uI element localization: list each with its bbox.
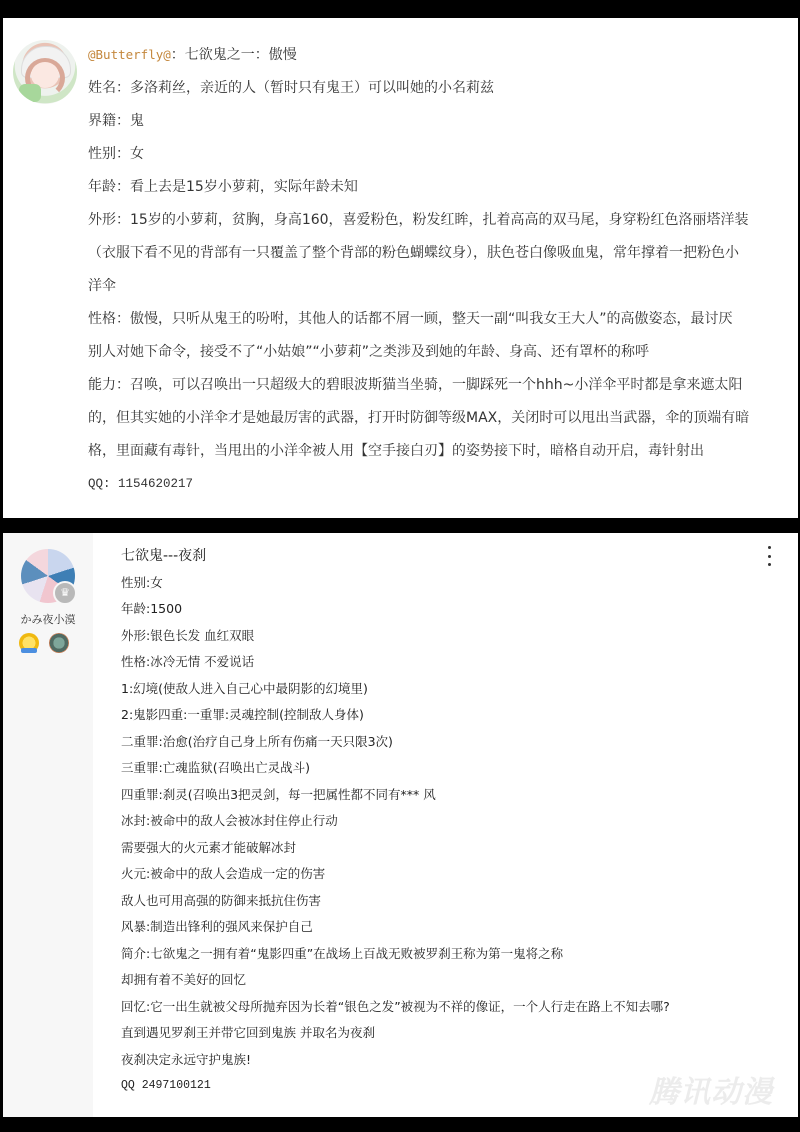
field-memory-cont: 直到遇见罗刹王并带它回到鬼族 并取名为夜刹: [121, 1020, 781, 1047]
field-intro-cont: 却拥有着不美好的回忆: [121, 967, 781, 994]
separator: ：: [171, 47, 185, 63]
field-memory: 回忆:它一出生就被父母所抛弃因为长着“银色之发”被视为不祥的像证，一个人行走在路…: [121, 994, 781, 1021]
field-gender: 性别:女: [121, 570, 781, 597]
field-age: 年龄：看上去是15岁小萝莉，实际年龄未知: [88, 171, 788, 204]
skill-line: 四重罪:刹灵(召唤出3把灵剑，每一把属性都不同有*** 风: [121, 782, 781, 809]
field-ability-cont: 格，里面藏有毒针，当甩出的小洋伞被人用【空手接白刃】的姿势接下时，暗格自动开启，…: [88, 435, 788, 468]
field-personality: 性格：傲慢，只听从鬼王的吩咐，其他人的话都不屑一顾，整天一副“叫我女王大人”的高…: [88, 303, 788, 336]
watermark-logo: 腾讯动漫: [649, 1067, 773, 1111]
field-appearance-cont: 洋伞: [88, 270, 788, 303]
gold-medal-badge-icon[interactable]: [19, 633, 39, 653]
field-ability: 能力：召唤，可以召唤出一只超级大的碧眼波斯猫当坐骑，一脚踩死一个hhh~小洋伞平…: [88, 369, 788, 402]
crown-icon: ♛: [53, 581, 77, 605]
field-ability-cont: 的，但其实她的小洋伞才是她最厉害的武器，打开时防御等级MAX，关闭时可以甩出当武…: [88, 402, 788, 435]
field-name: 姓名：多洛莉丝，亲近的人（暂时只有鬼王）可以叫她的小名莉兹: [88, 72, 788, 105]
comment-title: 七欲鬼---夜刹: [121, 543, 781, 570]
field-personality: 性格:冰冷无情 不爱说话: [121, 649, 781, 676]
author-sidebar: ♛ かみ夜小漠: [3, 533, 93, 1117]
field-appearance: 外形：15岁的小萝莉，贫胸，身高160，喜爱粉色，粉发红眸，扎着高高的双马尾，身…: [88, 204, 788, 237]
field-gender: 性别：女: [88, 138, 788, 171]
field-appearance: 外形:银色长发 血红双眼: [121, 623, 781, 650]
skill-line: 二重罪:治愈(治疗自己身上所有伤痛一天只限3次): [121, 729, 781, 756]
skill-line: 敌人也可用高强的防御来抵抗住伤害: [121, 888, 781, 915]
skill-line: 需要强大的火元素才能破解冰封: [121, 835, 781, 862]
field-intro: 简介:七欲鬼之一拥有着“鬼影四重”在战场上百战无败被罗刹王称为第一鬼将之称: [121, 941, 781, 968]
comment-header: @Butterfly@：七欲鬼之一：傲慢: [88, 38, 788, 72]
field-age: 年龄:1500: [121, 596, 781, 623]
skill-line: 1:幻境(使敌人进入自己心中最阴影的幻境里): [121, 676, 781, 703]
username-link[interactable]: @Butterfly@: [88, 47, 171, 62]
avatar-sleeve-shape: [19, 84, 41, 102]
skill-line: 2:鬼影四重:一重罪:灵魂控制(控制敌人身体): [121, 702, 781, 729]
comment-body: @Butterfly@：七欲鬼之一：傲慢 姓名：多洛莉丝，亲近的人（暂时只有鬼王…: [88, 38, 788, 501]
comment-card-1: @Butterfly@：七欲鬼之一：傲慢 姓名：多洛莉丝，亲近的人（暂时只有鬼王…: [3, 18, 798, 518]
comment-body: 七欲鬼---夜刹 性别:女 年龄:1500 外形:银色长发 血红双眼 性格:冰冷…: [121, 543, 781, 1100]
qq-number: QQ: 1154620217: [88, 468, 788, 501]
comment-card-2: ♛ かみ夜小漠 七欲鬼---夜刹 性别:女 年龄:1500 外形:银色长发 血红…: [3, 533, 798, 1117]
field-realm: 界籍：鬼: [88, 105, 788, 138]
avatar[interactable]: ♛: [21, 549, 75, 603]
field-appearance-cont: （衣服下看不见的背部有一只覆盖了整个背部的粉色蝴蝶纹身），肤色苍白像吸血鬼，常年…: [88, 237, 788, 270]
field-personality-cont: 别人对她下命令，接受不了“小姑娘”“小萝莉”之类涉及到她的年龄、身高、还有罩杯的…: [88, 336, 788, 369]
level-badge-icon[interactable]: [49, 633, 69, 653]
username-link[interactable]: かみ夜小漠: [3, 611, 93, 627]
avatar[interactable]: [13, 40, 77, 104]
skill-line: 火元:被命中的敌人会造成一定的伤害: [121, 861, 781, 888]
skill-line: 风暴:制造出锋利的强风来保护自己: [121, 914, 781, 941]
skill-line: 冰封:被命中的敌人会被冰封住停止行动: [121, 808, 781, 835]
comment-title: 七欲鬼之一：傲慢: [185, 47, 297, 63]
skill-line: 三重罪:亡魂监狱(召唤出亡灵战斗): [121, 755, 781, 782]
